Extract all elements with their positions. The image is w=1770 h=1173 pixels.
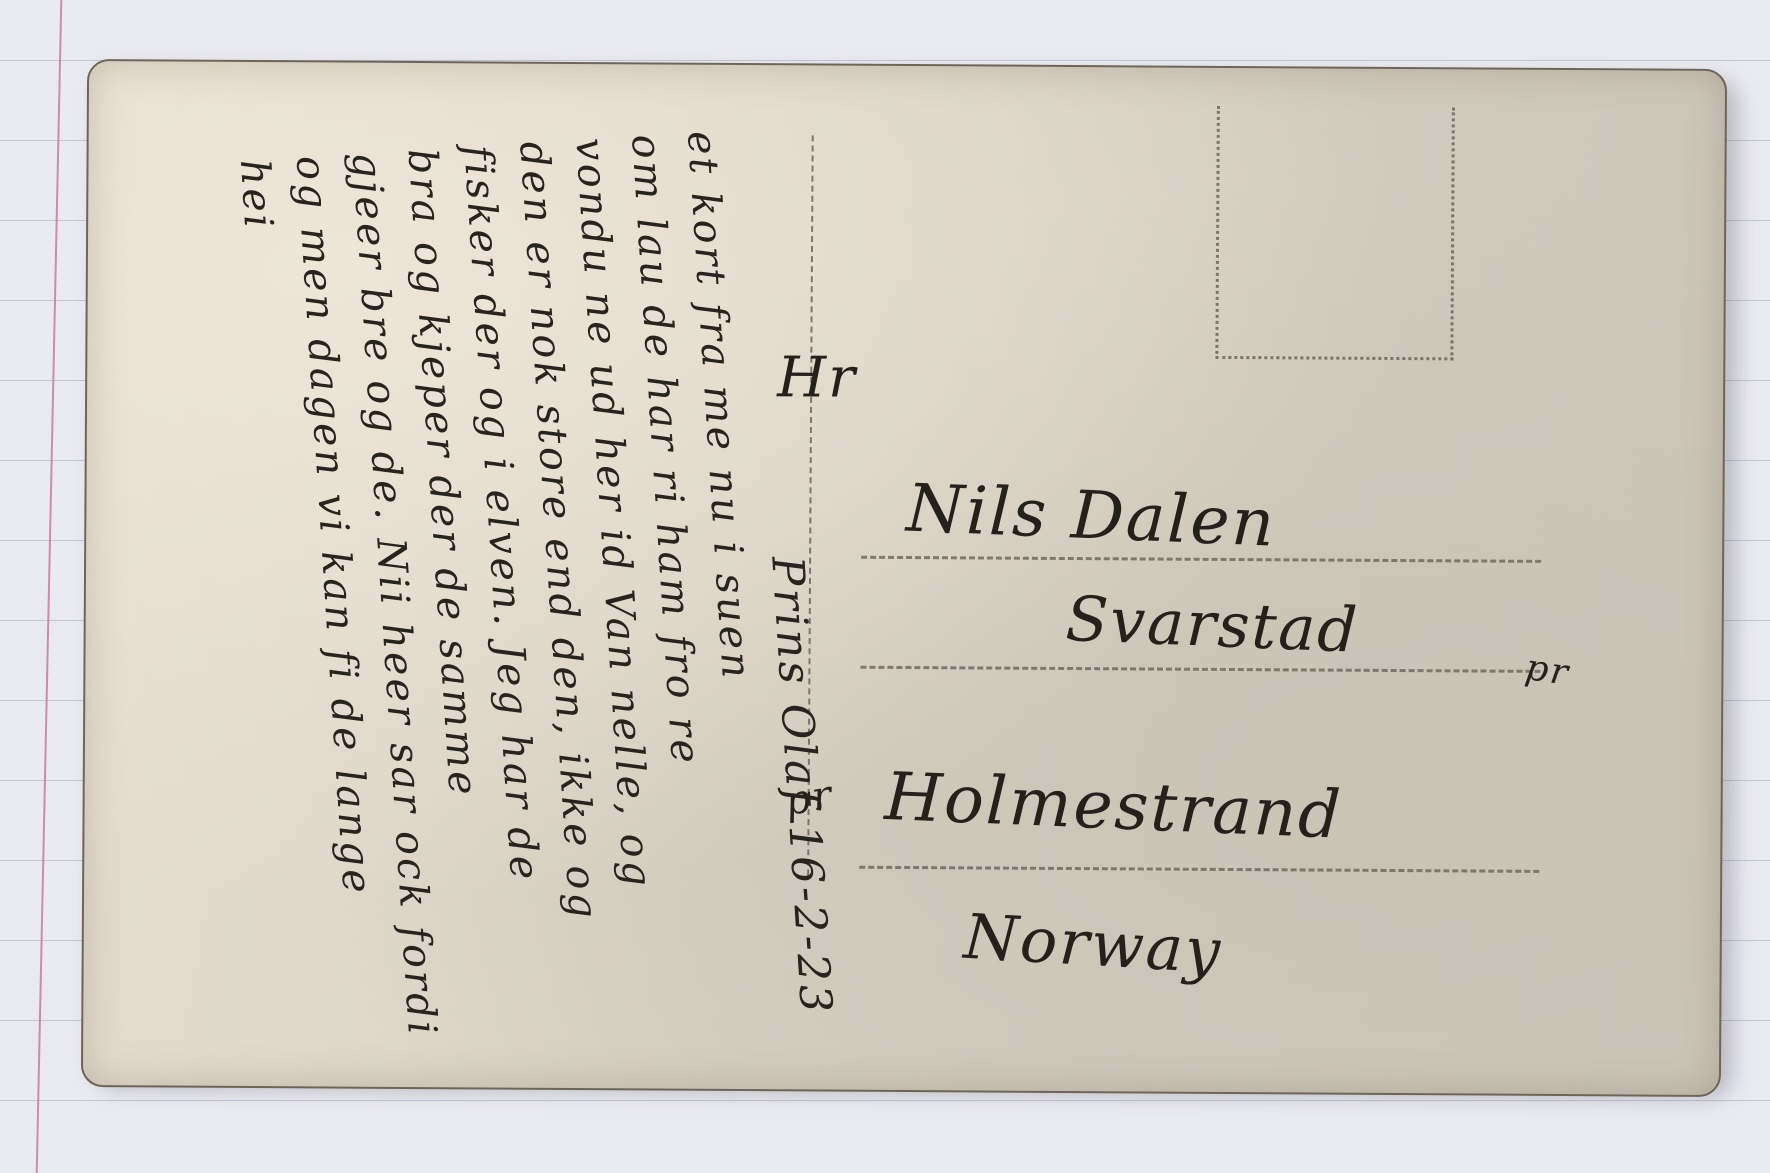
address-line-3	[859, 866, 1539, 873]
recipient-town: Holmestrand	[883, 758, 1344, 854]
notebook-margin-line	[36, 0, 63, 1173]
postcard: Hr Nils Dalen Svarstad pr pr Holmestrand…	[81, 59, 1727, 1097]
recipient-name: Nils Dalen	[905, 470, 1278, 562]
recipient-place-suffix: pr	[1523, 647, 1573, 694]
recipient-country: Norway	[962, 900, 1224, 988]
recipient-place: Svarstad	[1064, 582, 1360, 667]
handwritten-message: Prins Olaf 16-2-23 et kort fra me nu i s…	[150, 125, 852, 1097]
address-line-2	[860, 666, 1540, 673]
stamp-placeholder-box	[1215, 106, 1455, 360]
